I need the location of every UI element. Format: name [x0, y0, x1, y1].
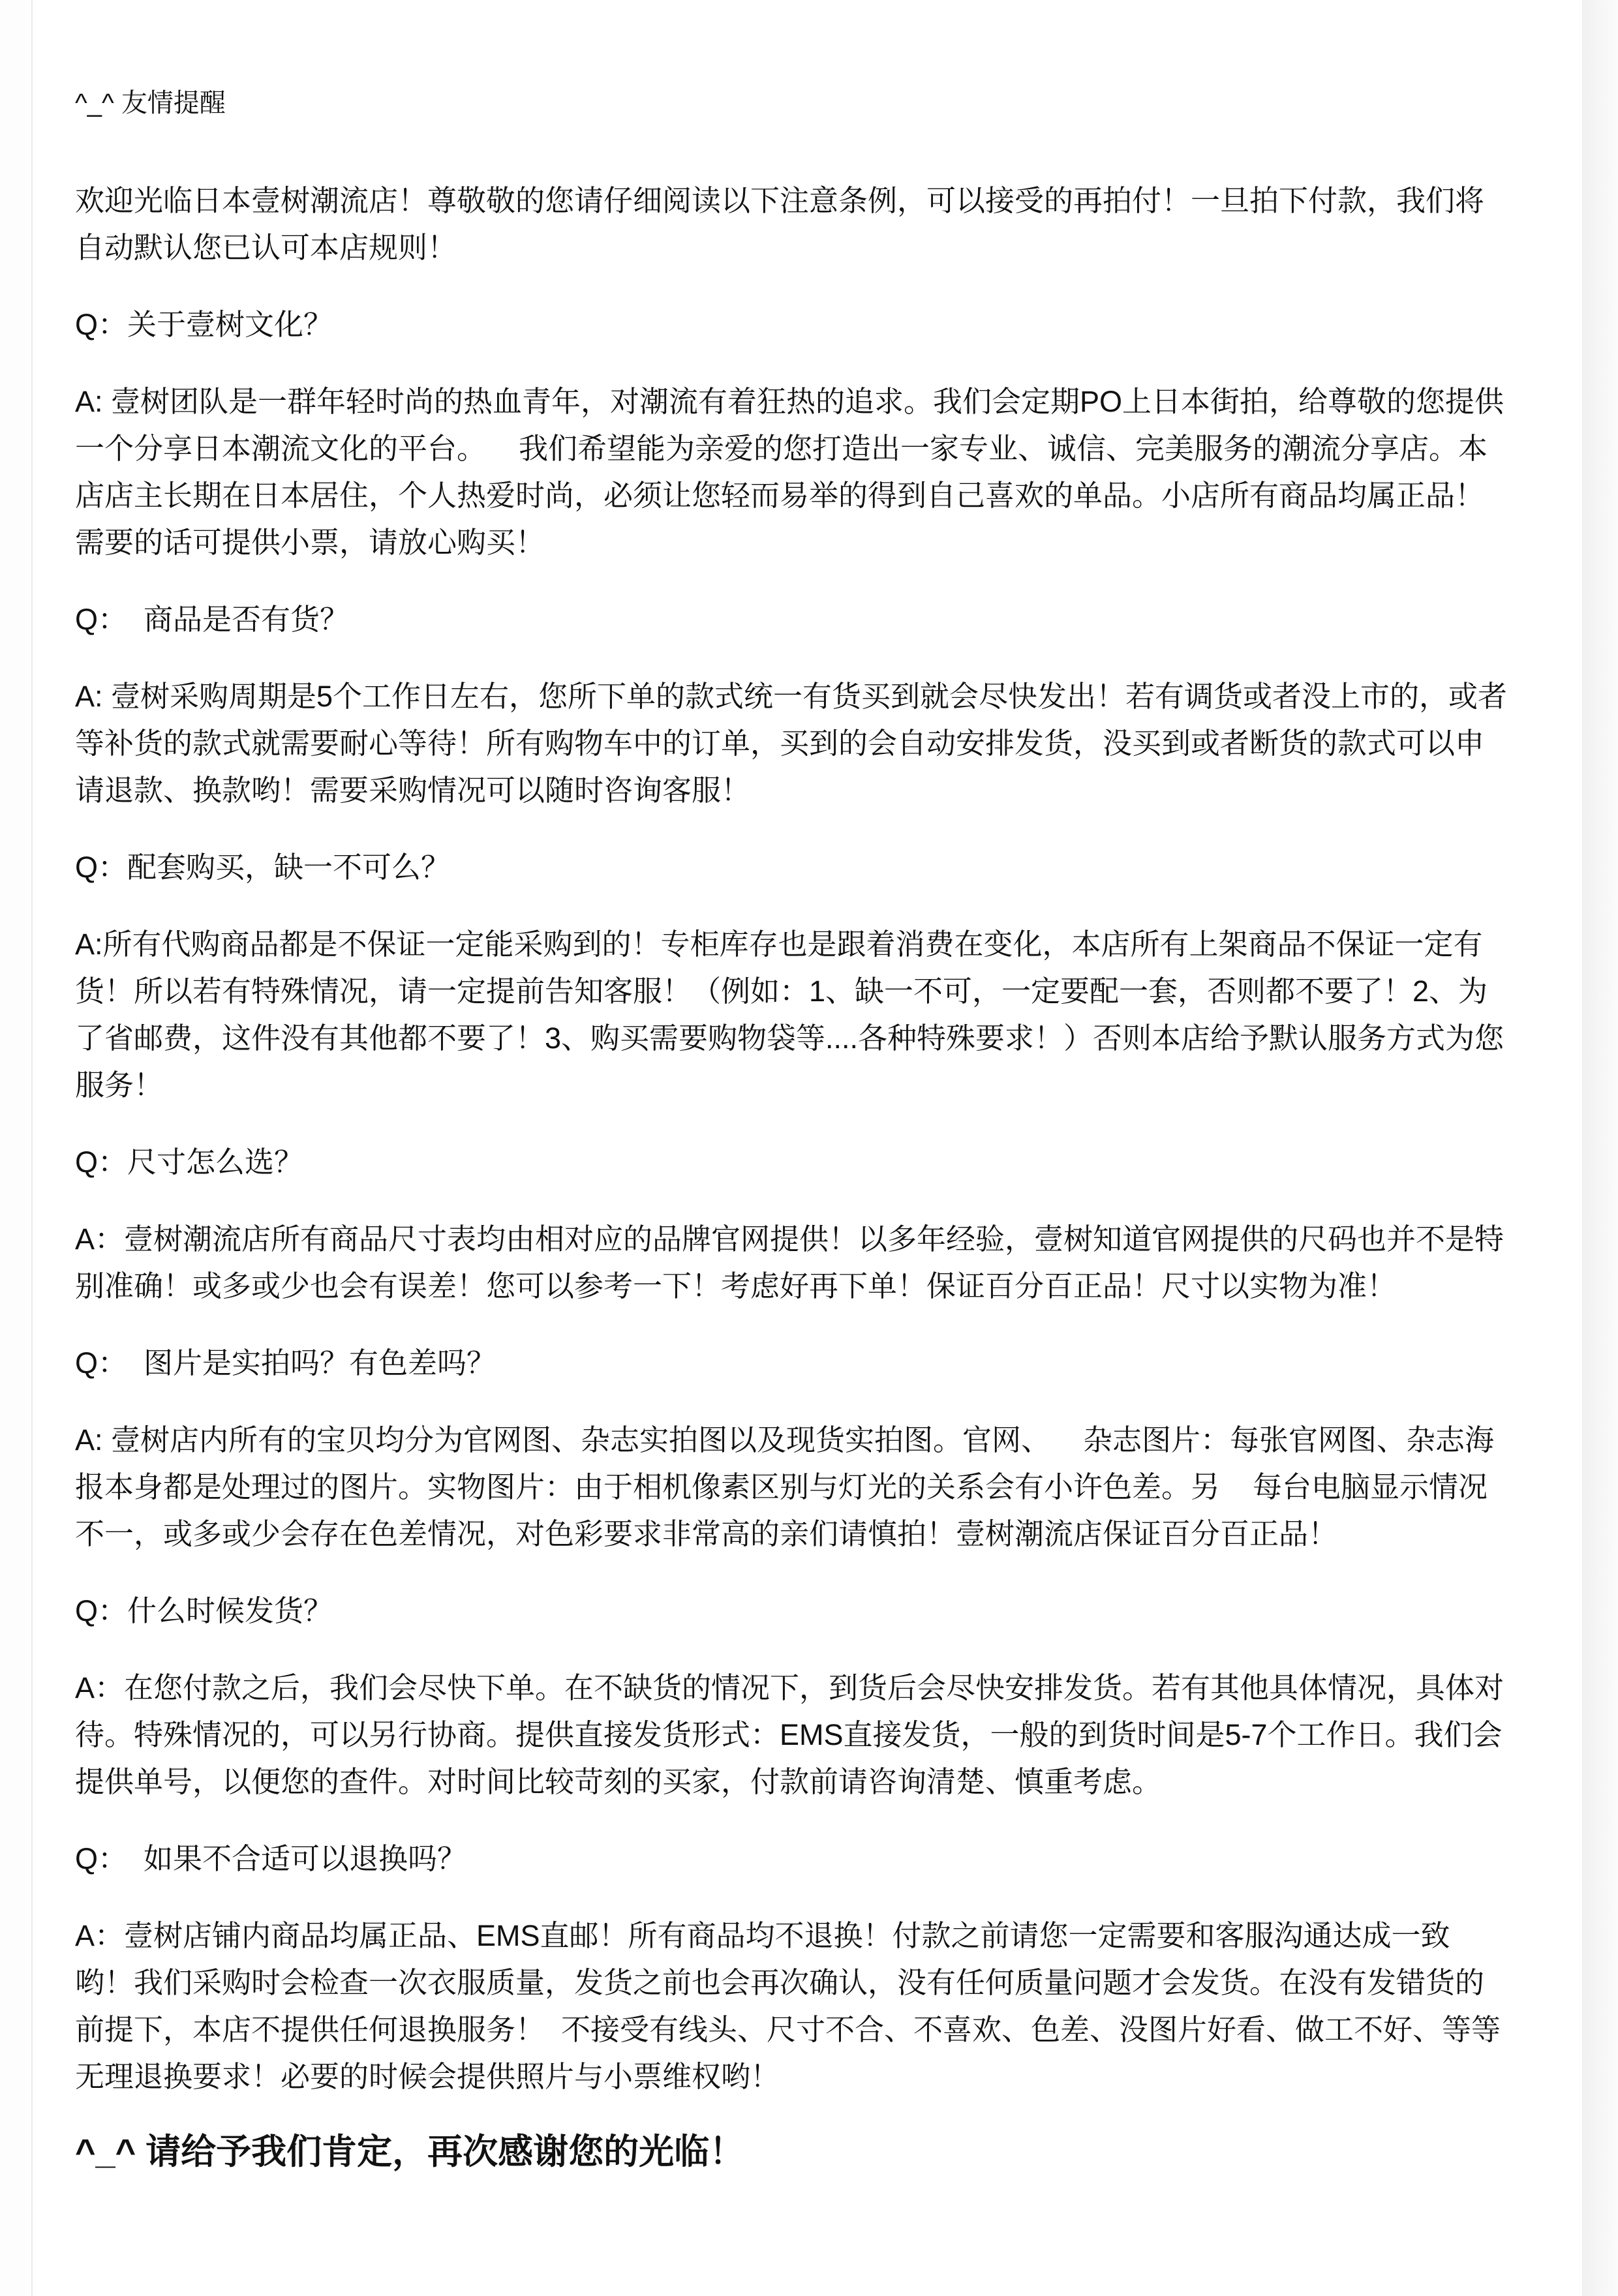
faq-answer: A: 壹树店内所有的宝贝均分为官网图、杂志实拍图以及现货实拍图。官网、 杂志图片… — [75, 1417, 1508, 1558]
faq-question: Q：什么时候发货？ — [75, 1588, 1508, 1635]
page-title: ^_^ 友情提醒 — [75, 87, 1508, 119]
intro-text: 欢迎光临日本壹树潮流店！尊敬敬的您请仔细阅读以下注意条例，可以接受的再拍付！一旦… — [75, 177, 1508, 271]
faq-item: Q： 图片是实拍吗？有色差吗？ A: 壹树店内所有的宝贝均分为官网图、杂志实拍图… — [75, 1340, 1508, 1558]
left-page-edge — [0, 0, 33, 2296]
faq-answer: A：在您付款之后，我们会尽快下单。在不缺货的情况下，到货后会尽快安排发货。若有其… — [75, 1665, 1508, 1805]
faq-item: Q：尺寸怎么选？ A：壹树潮流店所有商品尺寸表均由相对应的品牌官网提供！以多年经… — [75, 1139, 1508, 1310]
faq-answer: A:所有代购商品都是不保证一定能采购到的！专柜库存也是跟着消费在变化，本店所有上… — [75, 921, 1508, 1109]
faq-item: Q：配套购买，缺一不可么？ A:所有代购商品都是不保证一定能采购到的！专柜库存也… — [75, 844, 1508, 1109]
faq-item: Q：关于壹树文化？ A: 壹树团队是一群年轻时尚的热血青年，对潮流有着狂热的追求… — [75, 301, 1508, 566]
right-page-edge — [1582, 0, 1618, 2296]
faq-question: Q： 图片是实拍吗？有色差吗？ — [75, 1340, 1508, 1387]
faq-answer: A: 壹树团队是一群年轻时尚的热血青年，对潮流有着狂热的追求。我们会定期PO上日… — [75, 378, 1508, 566]
faq-question: Q： 如果不合适可以退换吗？ — [75, 1835, 1508, 1882]
faq-question: Q：尺寸怎么选？ — [75, 1139, 1508, 1186]
faq-answer: A：壹树潮流店所有商品尺寸表均由相对应的品牌官网提供！以多年经验，壹树知道官网提… — [75, 1216, 1508, 1310]
faq-item: Q： 商品是否有货？ A: 壹树采购周期是5个工作日左右，您所下单的款式统一有货… — [75, 596, 1508, 814]
faq-answer: A: 壹树采购周期是5个工作日左右，您所下单的款式统一有货买到就会尽快发出！若有… — [75, 673, 1508, 814]
faq-item: Q： 如果不合适可以退换吗？ A：壹树店铺内商品均属正品、EMS直邮！所有商品均… — [75, 1835, 1508, 2100]
footer-note: ^_^ 请给予我们肯定，再次感谢您的光临！ — [75, 2130, 1508, 2173]
faq-question: Q：关于壹树文化？ — [75, 301, 1508, 348]
faq-question: Q： 商品是否有货？ — [75, 596, 1508, 643]
notice-document: ^_^ 友情提醒 欢迎光临日本壹树潮流店！尊敬敬的您请仔细阅读以下注意条例，可以… — [75, 0, 1508, 2173]
faq-item: Q：什么时候发货？ A：在您付款之后，我们会尽快下单。在不缺货的情况下，到货后会… — [75, 1588, 1508, 1805]
faq-answer: A：壹树店铺内商品均属正品、EMS直邮！所有商品均不退换！付款之前请您一定需要和… — [75, 1912, 1508, 2100]
faq-question: Q：配套购买，缺一不可么？ — [75, 844, 1508, 891]
